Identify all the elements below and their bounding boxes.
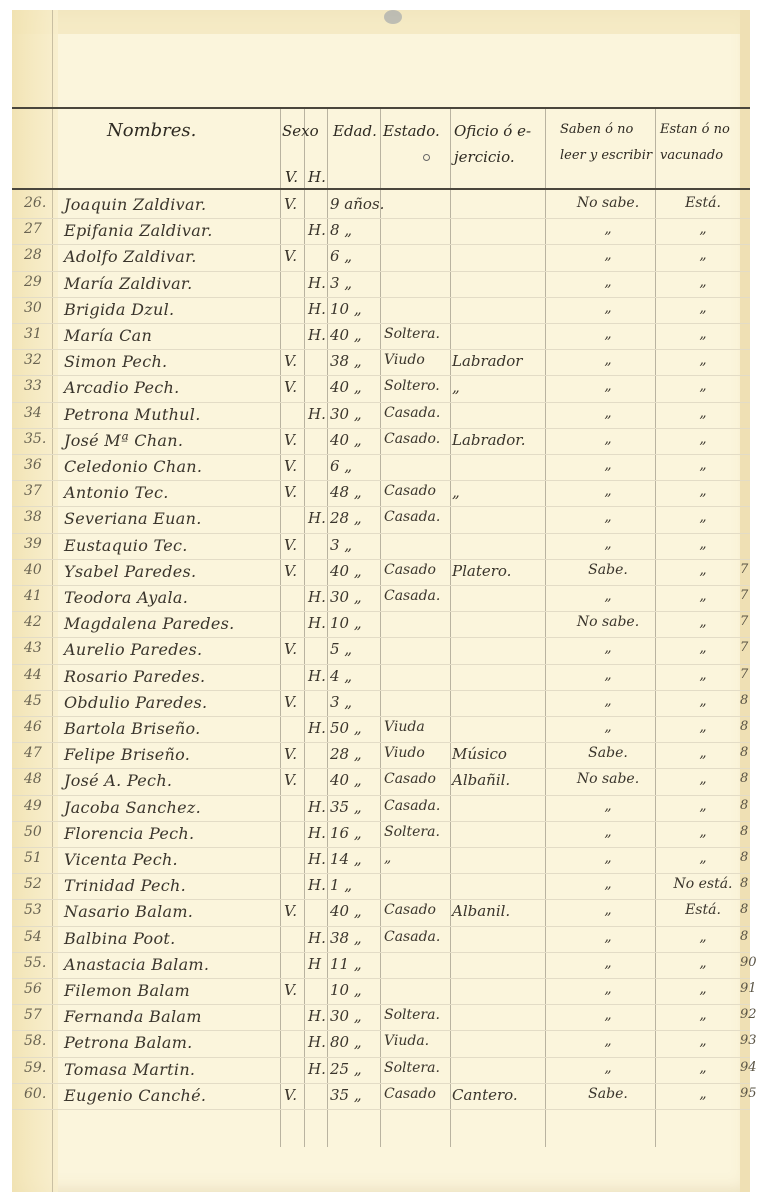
person-name: Jacoba Sanchez. [64,798,201,817]
person-name: Eustaquio Tec. [64,536,188,555]
literacy: „ [554,431,662,447]
person-name: Petrona Balam. [64,1033,193,1052]
person-name: Adolfo Zaldivar. [64,247,197,266]
sex-male: V. [284,902,297,920]
vaccinated: „ [658,824,748,840]
person-name: Magdalena Paredes. [64,614,235,633]
margin-number: 95 [740,1086,757,1101]
literacy: „ [554,457,662,473]
row-number: 41 [24,588,58,604]
table-row: 29María Zaldivar.H.3 „„„ [12,271,750,298]
header-top-rule [12,107,750,109]
row-number: 43 [24,640,58,656]
table-row: 56Filemon BalamV.10 „„„91 [12,978,750,1005]
sex-male: V. [284,352,297,370]
header-estado: Estado. [383,122,440,140]
civil-status: Casada. [384,929,440,945]
age: 5 „ [330,640,352,658]
literacy: „ [554,509,662,525]
table-row: 44Rosario Paredes.H.4 „„„7 [12,664,750,691]
row-number: 52 [24,876,58,892]
table-row: 42Magdalena Paredes.H.10 „No sabe.„7 [12,611,750,638]
row-number: 49 [24,798,58,814]
occupation: „ [452,378,460,396]
person-name: Tomasa Martin. [64,1060,195,1079]
literacy: No sabe. [554,195,662,211]
margin-number: 8 [740,850,748,865]
vaccinated: „ [658,405,748,421]
age: 11 „ [330,955,362,973]
table-row: 27Epifania Zaldivar.H.8 „„„ [12,218,750,245]
vaccinated: „ [658,509,748,525]
margin-number: 8 [740,824,748,839]
literacy: „ [554,798,662,814]
civil-status: Casado [384,902,436,918]
vaccinated: „ [658,614,748,630]
civil-status: „ [384,850,391,866]
age: 3 „ [330,536,352,554]
vaccinated: „ [658,693,748,709]
vaccinated: „ [658,719,748,735]
row-number: 31 [24,326,58,342]
table-row: 36Celedonio Chan.V.6 „„„ [12,454,750,481]
literacy: „ [554,1007,662,1023]
age: 48 „ [330,483,362,501]
row-number: 47 [24,745,58,761]
person-name: Florencia Pech. [64,824,194,843]
literacy: Sabe. [554,1086,662,1102]
civil-status: Viuda [384,719,425,735]
sex-female: H. [308,719,326,737]
person-name: Aurelio Paredes. [64,640,202,659]
margin-number: 7 [740,588,748,603]
age: 1 „ [330,876,352,894]
literacy: No sabe. [554,614,662,630]
margin-number: 8 [740,745,748,760]
vaccinated: „ [658,431,748,447]
person-name: Vicenta Pech. [64,850,178,869]
table-row: 51Vicenta Pech.H.14 „„„„8 [12,847,750,874]
sex-female: H. [308,405,326,423]
sex-female: H. [308,1033,326,1051]
row-number: 51 [24,850,58,866]
table-row: 45Obdulio Paredes.V.3 „„„8 [12,690,750,717]
row-number: 35. [24,431,58,447]
vaccinated: „ [658,352,748,368]
person-name: José Mª Chan. [64,431,183,450]
row-number: 59. [24,1060,58,1076]
occupation: Cantero. [452,1086,518,1104]
vaccinated: „ [658,247,748,263]
margin-number: 8 [740,798,748,813]
age: 40 „ [330,771,362,789]
occupation: Labrador [452,352,522,370]
margin-number: 8 [740,876,748,891]
literacy: „ [554,378,662,394]
person-name: María Zaldivar. [64,274,193,293]
occupation: Labrador. [452,431,526,449]
age: 30 „ [330,1007,362,1025]
literacy: „ [554,693,662,709]
table-row: 52Trinidad Pech.H.1 „„No está.8 [12,873,750,900]
sex-male: V. [284,981,297,999]
occupation: Albañil. [452,771,510,789]
row-number: 48 [24,771,58,787]
person-name: Obdulio Paredes. [64,693,207,712]
header-nombres: Nombres. [107,120,196,141]
table-row: 46Bartola Briseño.H.50 „Viuda„„8 [12,716,750,743]
literacy: „ [554,640,662,656]
sex-female: H. [308,824,326,842]
age: 14 „ [330,850,362,868]
literacy: „ [554,929,662,945]
table-row: 47Felipe Briseño.V.28 „ViudoMúsicoSabe.„… [12,742,750,769]
sex-female: H. [308,1060,326,1078]
age: 8 „ [330,221,352,239]
table-row: 31María CanH.40 „Soltera.„„ [12,323,750,350]
occupation: „ [452,483,460,501]
vaccinated: „ [658,640,748,656]
row-number: 53 [24,902,58,918]
civil-status: Casado [384,483,436,499]
table-row: 32Simon Pech.V.38 „ViudoLabrador„„ [12,349,750,376]
vaccinated: „ [658,929,748,945]
civil-status: Soltero. [384,378,440,394]
row-number: 34 [24,405,58,421]
vaccinated: „ [658,536,748,552]
margin-number: 92 [740,1007,757,1022]
ledger-page: Nombres. Sexo V. H. Edad. Estado. Oficio… [12,10,750,1192]
table-row: 57Fernanda BalamH.30 „Soltera.„„92 [12,1004,750,1031]
literacy: „ [554,483,662,499]
margin-number: 8 [740,771,748,786]
vaccinated: Está. [658,902,748,918]
civil-status: Casada. [384,405,440,421]
table-row: 40Ysabel Paredes.V.40 „CasadoPlatero.Sab… [12,559,750,586]
civil-status: Casada. [384,509,440,525]
civil-status: Soltera. [384,1060,440,1076]
person-name: Ysabel Paredes. [64,562,196,581]
civil-status: Casado [384,562,436,578]
row-number: 30 [24,300,58,316]
literacy: „ [554,850,662,866]
table-row: 30Brigida Dzul.H.10 „„„ [12,297,750,324]
literacy: „ [554,247,662,263]
row-number: 28 [24,247,58,263]
margin-number: 7 [740,640,748,655]
margin-number: 91 [740,981,757,996]
literacy: „ [554,1033,662,1049]
literacy: „ [554,405,662,421]
person-name: María Can [64,326,152,345]
header-sexo-v: V. [285,168,298,186]
sex-female: H. [308,876,326,894]
vaccinated: „ [658,483,748,499]
vaccinated: „ [658,221,748,237]
age: 40 „ [330,902,362,920]
row-number: 36 [24,457,58,473]
margin-number: 7 [740,667,748,682]
person-name: Epifania Zaldivar. [64,221,213,240]
person-name: Brigida Dzul. [64,300,174,319]
vaccinated: „ [658,326,748,342]
civil-status: Viudo [384,745,425,761]
margin-number: 7 [740,614,748,629]
civil-status: Soltera. [384,326,440,342]
margin-number: 93 [740,1033,757,1048]
header-oficio-1: Oficio ó e- [454,122,531,140]
sex-female: H. [308,850,326,868]
paper-top-band [12,10,750,34]
vaccinated: Está. [658,195,748,211]
sex-male: V. [284,771,297,789]
row-number: 37 [24,483,58,499]
vaccinated: „ [658,1060,748,1076]
literacy: „ [554,326,662,342]
sex-female: H. [308,300,326,318]
person-name: Severiana Euan. [64,509,202,528]
row-number: 58. [24,1033,58,1049]
vaccinated: „ [658,667,748,683]
sex-female: H. [308,588,326,606]
row-number: 46 [24,719,58,735]
literacy: Sabe. [554,562,662,578]
literacy: Sabe. [554,745,662,761]
vaccinated: „ [658,457,748,473]
person-name: Rosario Paredes. [64,667,205,686]
table-row: 28Adolfo Zaldivar.V.6 „„„ [12,244,750,271]
sex-female: H. [308,614,326,632]
civil-status: Soltera. [384,1007,440,1023]
civil-status: Casada. [384,798,440,814]
margin-number: 8 [740,902,748,917]
margin-number: 8 [740,929,748,944]
row-number: 29 [24,274,58,290]
vaccinated: „ [658,955,748,971]
literacy: „ [554,300,662,316]
age: 16 „ [330,824,362,842]
margin-number: 94 [740,1060,757,1075]
age: 28 „ [330,509,362,527]
sex-male: V. [284,1086,297,1104]
table-row: 33Arcadio Pech.V.40 „Soltero.„„„ [12,375,750,402]
header-estado-mark [423,154,430,161]
row-number: 44 [24,667,58,683]
sex-female: H. [308,274,326,292]
literacy: „ [554,902,662,918]
age: 35 „ [330,1086,362,1104]
row-number: 26. [24,195,58,211]
person-name: Simon Pech. [64,352,167,371]
table-row: 55.Anastacia Balam.H11 „„„90 [12,952,750,979]
table-row: 26.Joaquin Zaldivar.V.9 años.No sabe.Est… [12,192,750,219]
table-row: 39Eustaquio Tec.V.3 „„„ [12,533,750,560]
vaccinated: „ [658,771,748,787]
row-number: 57 [24,1007,58,1023]
age: 25 „ [330,1060,362,1078]
table-row: 38Severiana Euan.H.28 „Casada.„„ [12,506,750,533]
row-number: 40 [24,562,58,578]
person-name: Bartola Briseño. [64,719,201,738]
sex-female: H [308,955,321,973]
vaccinated: „ [658,850,748,866]
age: 28 „ [330,745,362,763]
header-estan-1: Estan ó no [660,122,730,137]
row-number: 38 [24,509,58,525]
header-oficio-2: jercicio. [454,148,515,166]
sex-female: H. [308,929,326,947]
literacy: „ [554,824,662,840]
age: 10 „ [330,614,362,632]
row-number: 42 [24,614,58,630]
table-row: 59.Tomasa Martin.H.25 „Soltera.„„94 [12,1057,750,1084]
sex-male: V. [284,247,297,265]
occupation: Músico [452,745,507,763]
person-name: Trinidad Pech. [64,876,186,895]
literacy: „ [554,876,662,892]
person-name: Anastacia Balam. [64,955,209,974]
age: 40 „ [330,431,362,449]
age: 38 „ [330,352,362,370]
header-saben-1: Saben ó no [560,122,633,137]
row-number: 55. [24,955,58,971]
civil-status: Casado [384,1086,436,1102]
literacy: „ [554,536,662,552]
occupation: Platero. [452,562,511,580]
vaccinated: „ [658,378,748,394]
header-sexo: Sexo [282,122,319,140]
vaccinated: „ [658,1007,748,1023]
table-row: 49Jacoba Sanchez.H.35 „Casada.„„8 [12,795,750,822]
vaccinated: „ [658,798,748,814]
sex-male: V. [284,378,297,396]
table-row: 35.José Mª Chan.V.40 „Casado.Labrador.„„ [12,428,750,455]
sex-male: V. [284,195,297,213]
occupation: Albanil. [452,902,510,920]
literacy: No sabe. [554,771,662,787]
age: 6 „ [330,457,352,475]
sex-male: V. [284,457,297,475]
age: 3 „ [330,274,352,292]
literacy: „ [554,274,662,290]
person-name: Antonio Tec. [64,483,169,502]
person-name: Teodora Ayala. [64,588,188,607]
civil-status: Soltera. [384,824,440,840]
vaccinated: No está. [658,876,748,892]
sex-male: V. [284,483,297,501]
table-row: 43Aurelio Paredes.V.5 „„„7 [12,637,750,664]
vaccinated: „ [658,1086,748,1102]
literacy: „ [554,955,662,971]
age: 10 „ [330,981,362,999]
literacy: „ [554,221,662,237]
person-name: Felipe Briseño. [64,745,190,764]
margin-number: 8 [740,719,748,734]
sex-male: V. [284,536,297,554]
header-saben-2: leer y escribir [560,148,652,163]
margin-number: 8 [740,693,748,708]
row-number: 50 [24,824,58,840]
header-estan-2: vacunado [660,148,723,163]
civil-status: Viudo [384,352,425,368]
sex-female: H. [308,221,326,239]
vaccinated: „ [658,562,748,578]
person-name: Celedonio Chan. [64,457,202,476]
vaccinated: „ [658,274,748,290]
sex-female: H. [308,509,326,527]
table-row: 53Nasario Balam.V.40 „CasadoAlbanil.„Est… [12,899,750,926]
person-name: Filemon Balam [64,981,190,1000]
row-number: 32 [24,352,58,368]
person-name: Eugenio Canché. [64,1086,206,1105]
age: 30 „ [330,405,362,423]
sex-male: V. [284,745,297,763]
literacy: „ [554,667,662,683]
civil-status: Viuda. [384,1033,429,1049]
age: 40 „ [330,562,362,580]
person-name: Fernanda Balam [64,1007,202,1026]
literacy: „ [554,588,662,604]
row-number: 27 [24,221,58,237]
header-bottom-rule [12,188,750,190]
vaccinated: „ [658,981,748,997]
age: 80 „ [330,1033,362,1051]
sex-male: V. [284,431,297,449]
age: 35 „ [330,798,362,816]
header-edad: Edad. [333,122,377,140]
table-row: 48José A. Pech.V.40 „CasadoAlbañil.No sa… [12,768,750,795]
age: 38 „ [330,929,362,947]
sex-male: V. [284,693,297,711]
sex-female: H. [308,667,326,685]
row-number: 33 [24,378,58,394]
vaccinated: „ [658,588,748,604]
table-row: 34Petrona Muthul.H.30 „Casada.„„ [12,402,750,429]
literacy: „ [554,981,662,997]
age: 40 „ [330,326,362,344]
literacy: „ [554,1060,662,1076]
row-number: 45 [24,693,58,709]
sex-female: H. [308,1007,326,1025]
table-row: 41Teodora Ayala.H.30 „Casada.„„7 [12,585,750,612]
age: 40 „ [330,378,362,396]
age: 50 „ [330,719,362,737]
vaccinated: „ [658,745,748,761]
civil-status: Casado. [384,431,440,447]
row-number: 60. [24,1086,58,1102]
person-name: Petrona Muthul. [64,405,201,424]
age: 6 „ [330,247,352,265]
civil-status: Casada. [384,588,440,604]
person-name: Nasario Balam. [64,902,193,921]
margin-number: 7 [740,562,748,577]
margin-number: 90 [740,955,757,970]
sex-female: H. [308,798,326,816]
person-name: José A. Pech. [64,771,172,790]
literacy: „ [554,719,662,735]
sex-male: V. [284,562,297,580]
ink-stain [384,10,402,24]
table-row: 58.Petrona Balam.H.80 „Viuda.„„93 [12,1030,750,1057]
row-number: 39 [24,536,58,552]
age: 9 años. [330,195,384,213]
header-sexo-h: H. [308,168,326,186]
table-row: 60.Eugenio Canché.V.35 „CasadoCantero.Sa… [12,1083,750,1110]
civil-status: Casado [384,771,436,787]
table-row: 37Antonio Tec.V.48 „Casado„„„ [12,480,750,507]
vaccinated: „ [658,1033,748,1049]
table-row: 50Florencia Pech.H.16 „Soltera.„„8 [12,821,750,848]
